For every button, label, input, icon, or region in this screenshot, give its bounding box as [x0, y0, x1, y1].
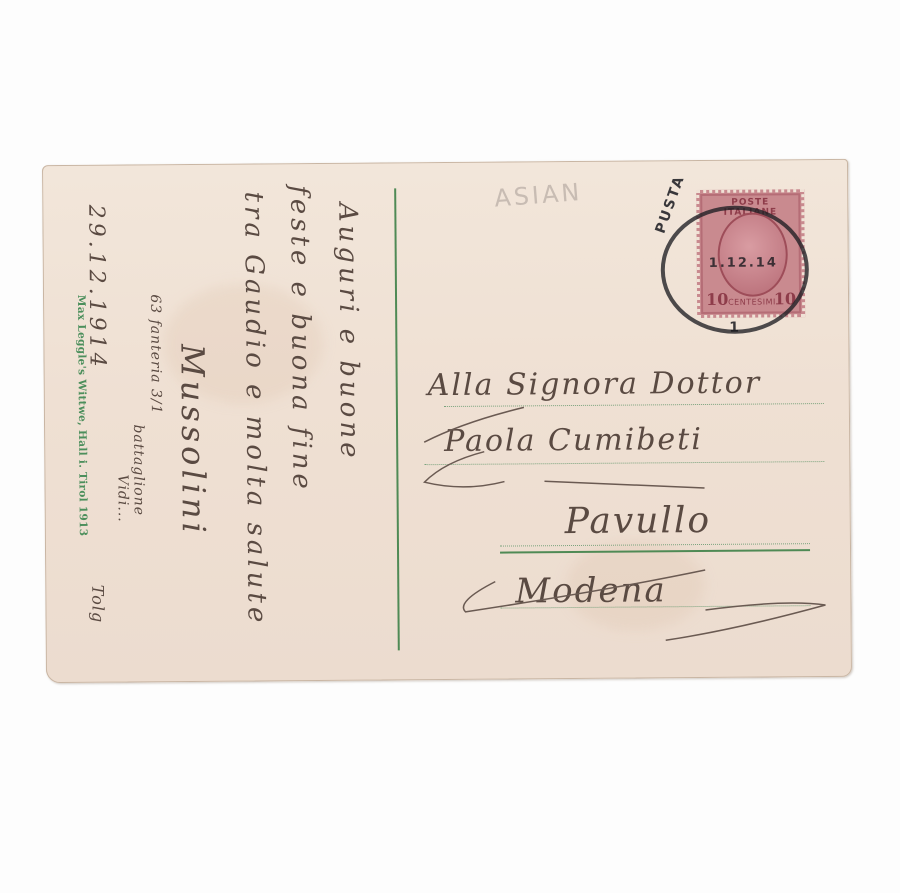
pencil-note: ASIAN	[493, 178, 583, 213]
signature: Mussolini	[173, 344, 213, 537]
handwriting-flourish	[404, 359, 852, 653]
center-divider-line	[394, 188, 400, 650]
postmark-bottom: 1	[729, 320, 739, 336]
postcard: Max Leggle's Wittwe, Hall i. Tirol 1913 …	[42, 159, 852, 683]
margin-note: Tolg	[88, 585, 107, 624]
message-line-2: feste e buona fine	[284, 185, 316, 493]
postmark-date: 1.12.14	[709, 255, 778, 271]
sender-unit: 63 fanteria 3/1	[147, 294, 164, 414]
date-note: 29.12.1914	[83, 205, 109, 371]
sender-battalion: battaglione	[130, 424, 147, 516]
message-line-1: Auguri e buone	[332, 203, 364, 462]
message-line-3: tra Gaudio e molta salute	[238, 191, 271, 626]
sender-note: Vidi...	[114, 474, 130, 522]
